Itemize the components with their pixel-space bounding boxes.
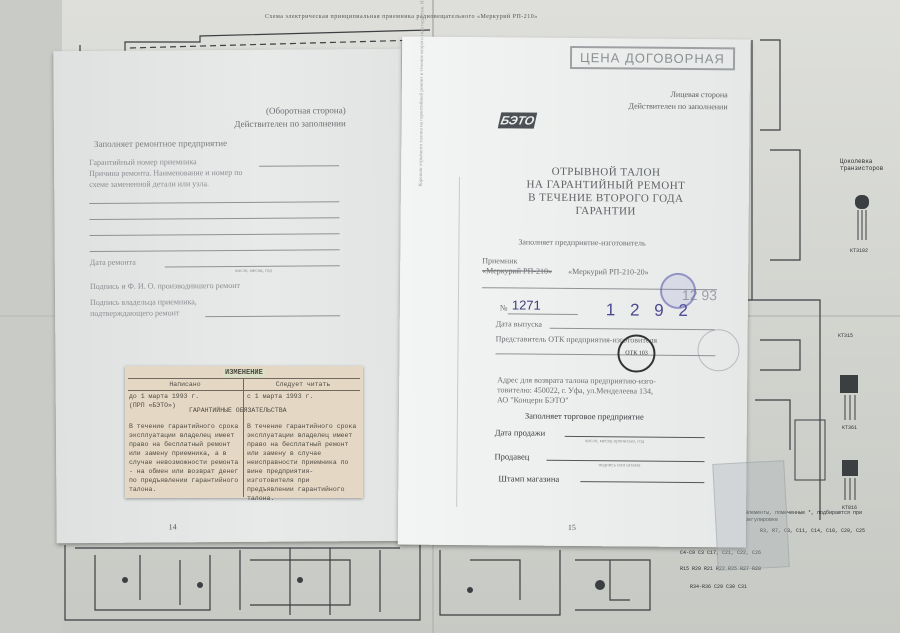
seller-line	[547, 460, 705, 462]
title-line: ГАРАНТИИ	[511, 204, 701, 219]
valid-label: Действителен по заполнении	[628, 100, 727, 113]
clipping-divider	[128, 378, 360, 379]
page-number: 14	[169, 522, 177, 531]
title-line: В ТЕЧЕНИЕ ВТОРОГО ГОДА	[511, 191, 701, 206]
field-label: Причина ремонта. Наименование и номер по	[89, 167, 242, 179]
column-header: Написано	[129, 380, 241, 389]
fill-header: Заполняет ремонтное предприятие	[94, 138, 227, 149]
shop-stamp-label: Штамп магазина	[498, 473, 559, 484]
date-stamp: 12 93	[682, 287, 717, 303]
column-header: Следует читать	[247, 380, 359, 389]
field-label: схеме замененной детали или узла.	[89, 178, 209, 190]
clipping-column-written: Написано до 1 марта 1993 г. (ПРП «БЭТО»)…	[129, 380, 241, 494]
clipping-heading: ГАРАНТИЙНЫЕ ОБЯЗАТЕЛЬСТВА	[189, 407, 287, 414]
faded-stamp	[697, 329, 739, 371]
column-date: с 1 марта 1993 г.	[247, 392, 359, 401]
shop-stamp-line	[580, 481, 704, 483]
side-label: (Оборотная сторона)	[234, 104, 346, 118]
field-line	[508, 313, 578, 315]
signature-label: Подпись и Ф. И. О. производившего ремонт	[90, 280, 240, 292]
page-side-label: (Оборотная сторона) Действителен по запо…	[234, 104, 346, 131]
perforation-line	[456, 177, 460, 507]
field-line	[89, 201, 339, 204]
seller-hint: подпись или штамп	[598, 463, 640, 468]
transistor-name: КТ361	[842, 425, 857, 432]
release-date-label: Дата выпуска	[496, 319, 542, 328]
sale-date-label: Дата продажи	[495, 427, 545, 437]
field-line	[90, 233, 340, 236]
field-label: Гарантийный номер приемника	[89, 156, 197, 168]
field-line	[205, 315, 340, 317]
clipping-title: ИЗМЕНЕНИЕ	[223, 369, 265, 377]
date-hint: число, месяц, год	[235, 269, 272, 274]
coupon-title: ОТРЫВНОЙ ТАЛОН НА ГАРАНТИЙНЫЙ РЕМОНТ В Т…	[511, 165, 701, 219]
field-line	[90, 249, 340, 252]
owner-label: подтверждающего ремонт	[90, 307, 179, 319]
field-line	[550, 328, 715, 330]
column-date: до 1 марта 1993 г.	[129, 392, 241, 401]
page-side-label: Лицевая сторона Действителен по заполнен…	[628, 88, 727, 113]
clipping-column-should-read: Следует читать с 1 марта 1993 г. В течен…	[247, 380, 359, 503]
parts-line: R34-R36 C29 C30 C31	[690, 584, 747, 591]
column-body: В течение гарантийного срока эксплуатаци…	[247, 422, 359, 503]
address-line: АО "Концерн БЭТО"	[497, 395, 656, 406]
coupon-stub-text: Корешок отрывного талона на гарантийный …	[419, 0, 442, 187]
fill-header: Заполняет предприятие-изготовитель	[518, 238, 645, 248]
return-address: Адрес для возврата талона предприятию-из…	[497, 375, 656, 406]
receiver-model-struck: «Меркурий РП-210»	[482, 266, 552, 276]
field-line	[89, 217, 339, 220]
column-body: В течение гарантийного срока эксплуатаци…	[129, 422, 241, 494]
repair-date-label: Дата ремонта	[90, 257, 136, 268]
sale-date-line	[565, 436, 705, 438]
field-line	[165, 265, 340, 267]
beto-logo: БЭТО	[498, 112, 538, 128]
serial-number: 1271	[512, 297, 541, 312]
booklet-page-right: ЦЕНА ДОГОВОРНАЯ Лицевая сторона Действит…	[398, 36, 750, 547]
sale-date-hint: число, месяц прописью, год	[585, 439, 644, 445]
transistor-name: КТ315	[838, 333, 853, 340]
price-stamp: ЦЕНА ДОГОВОРНАЯ	[570, 46, 735, 70]
field-line	[495, 353, 715, 356]
receiver-label: Приемник	[482, 256, 517, 265]
owner-label: Подпись владельца приемника,	[90, 296, 197, 308]
otk-stamp: ОТК 103	[617, 334, 655, 372]
receiver-model: «Меркурий РП-210-20»	[568, 267, 649, 277]
page-number: 15	[568, 523, 576, 532]
clipping-column-divider	[243, 379, 244, 497]
transistor-pinout-label: Цоколевка транзисторов	[840, 158, 890, 172]
field-line	[259, 165, 339, 167]
transistor-name: КТ3102	[850, 248, 868, 255]
seller-label: Продавец	[495, 451, 530, 461]
side-label: Лицевая сторона	[629, 88, 728, 101]
trade-header: Заполняет торговое предприятие	[525, 411, 644, 422]
correction-clipping: ИЗМЕНЕНИЕ Написано до 1 марта 1993 г. (П…	[125, 366, 363, 498]
valid-label: Действителен по заполнении	[234, 117, 346, 131]
number-prefix: №	[500, 303, 508, 312]
tape-packet	[712, 460, 790, 571]
